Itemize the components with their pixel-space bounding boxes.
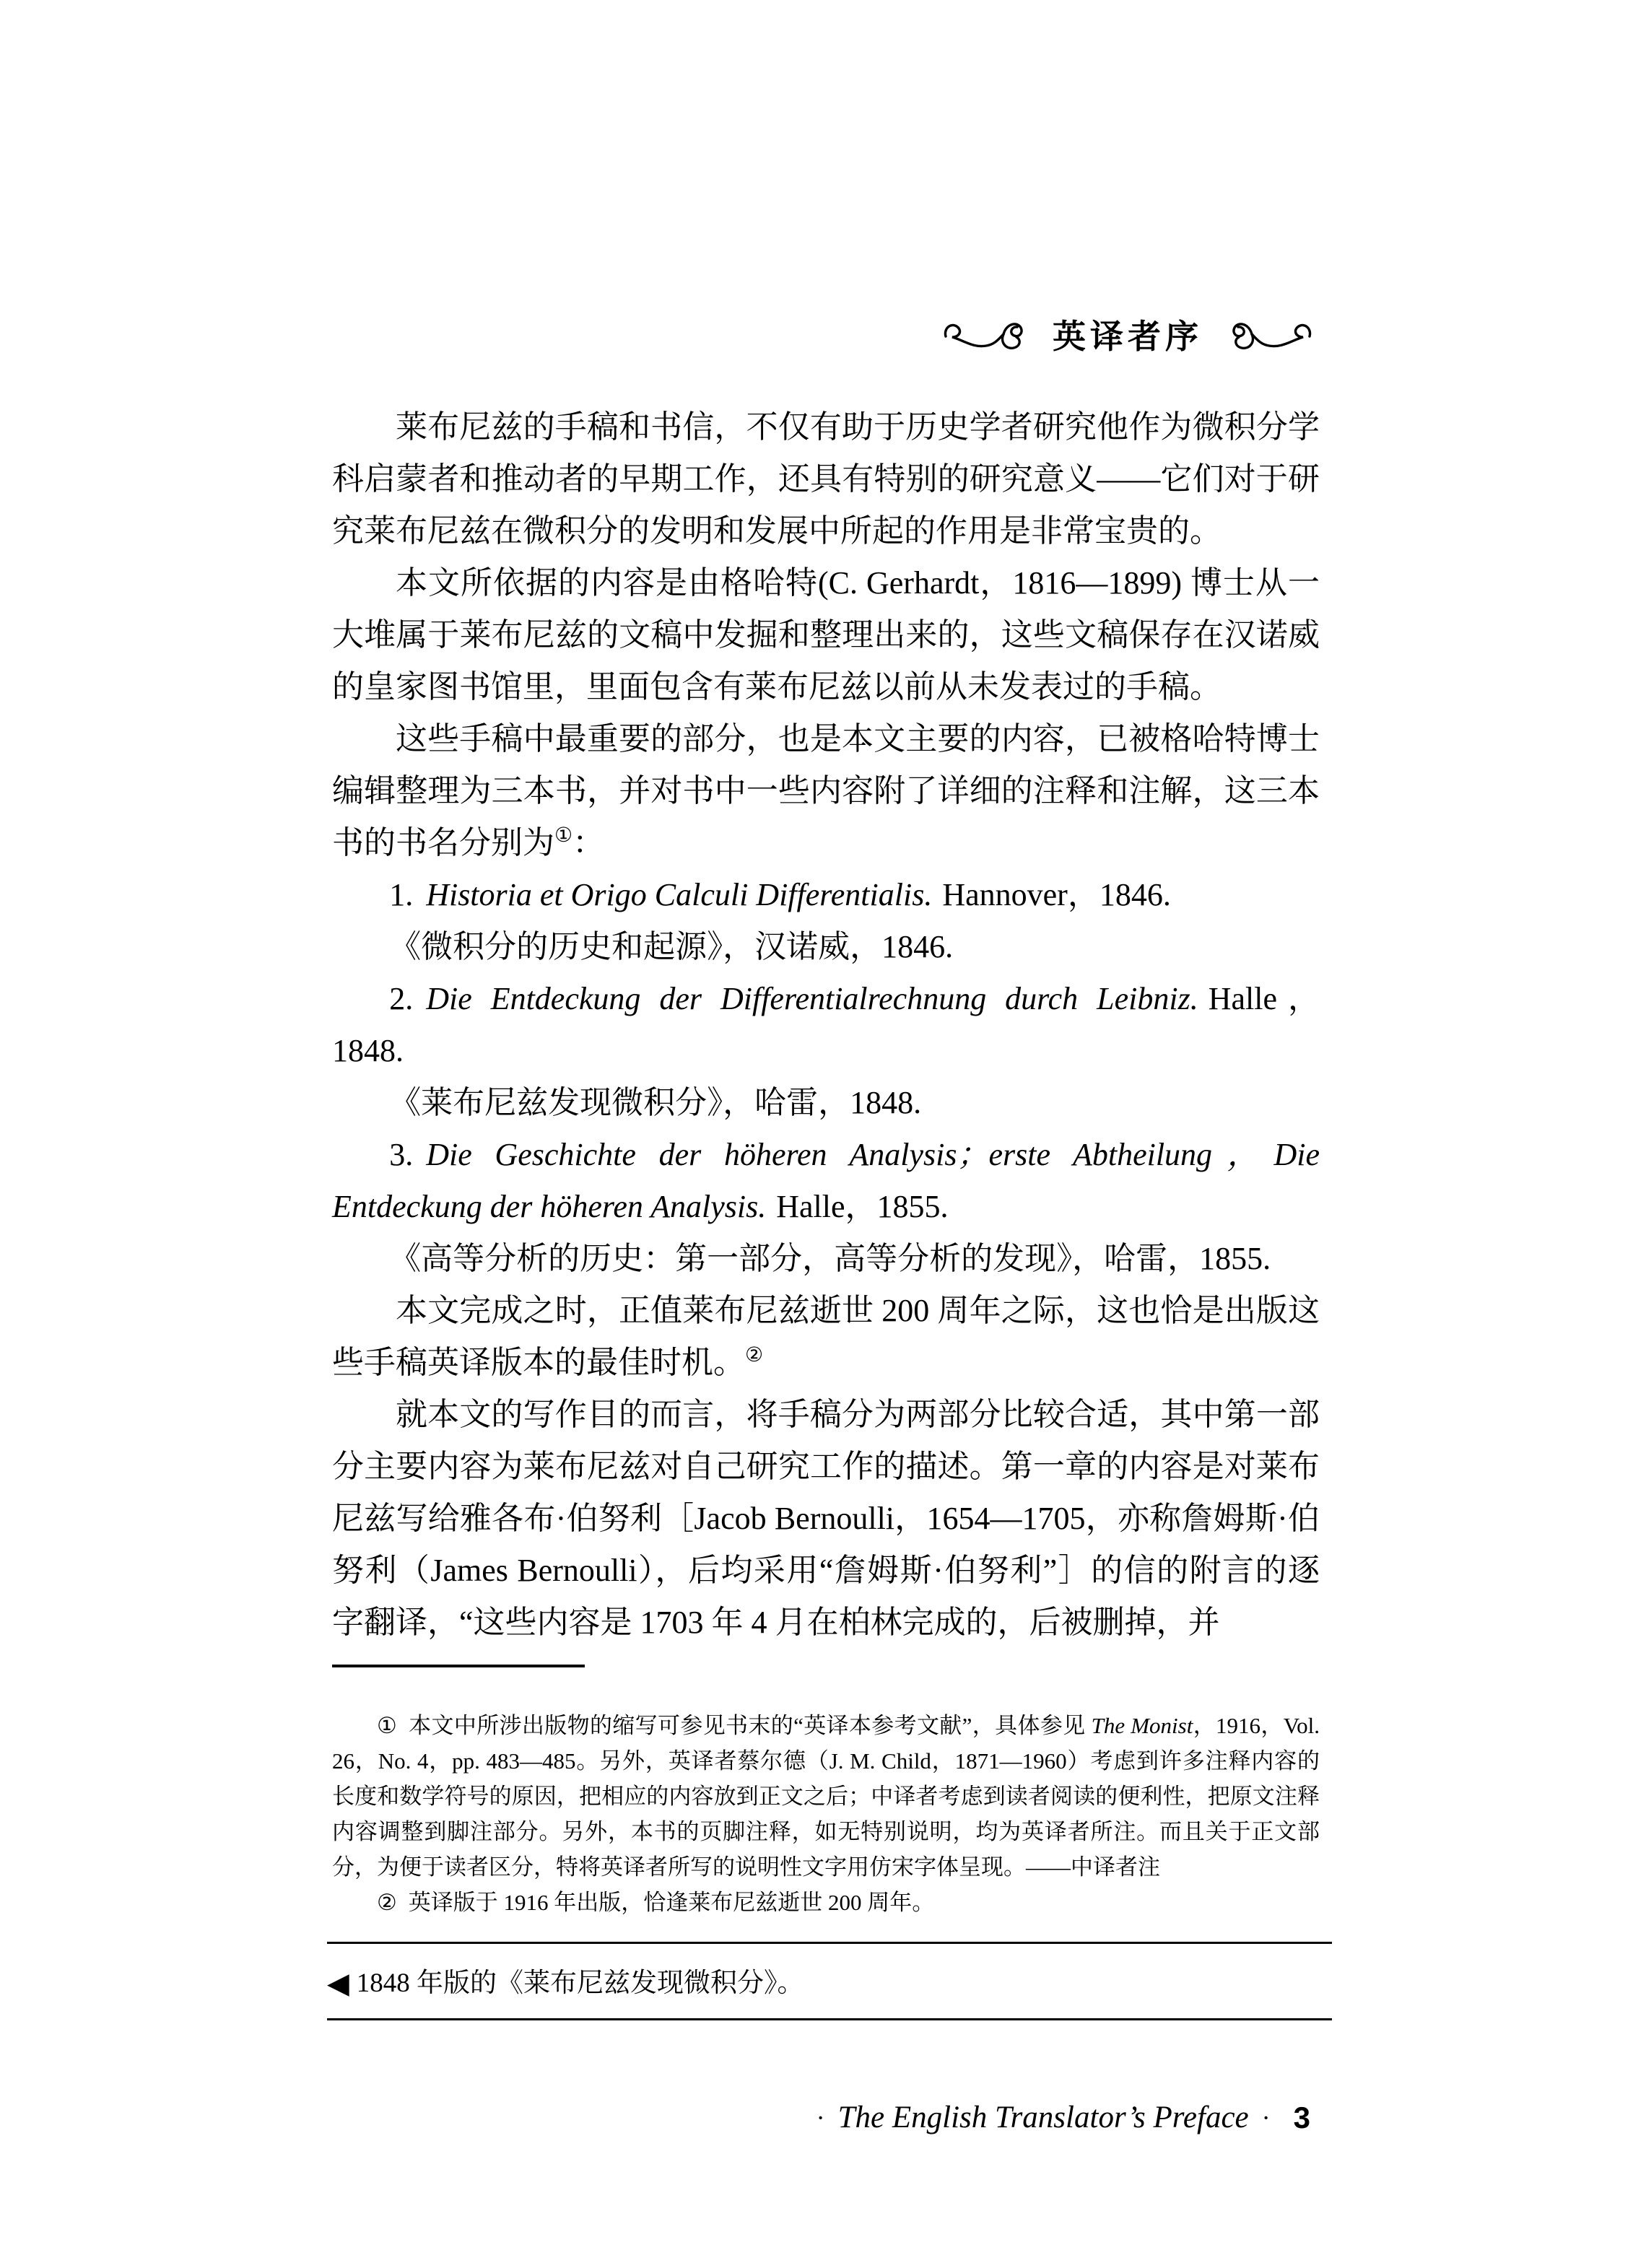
paragraph-1: 莱布尼兹的手稿和书信，不仅有助于历史学者研究他作为微积分学科启蒙者和推动者的早期…: [332, 401, 1320, 557]
footnote-2-text: 英译版于 1916 年出版，恰逢莱布尼兹逝世 200 周年。: [409, 1890, 935, 1915]
paragraph-3: 这些手稿中最重要的部分，也是本文主要的内容，已被格哈特博士编辑整理为三本书，并对…: [332, 713, 1320, 869]
footnote-1: ①本文中所涉出版物的缩写可参见书末的“英译本参考文献”，具体参见 The Mon…: [332, 1708, 1320, 1885]
paragraph-2: 本文所依据的内容是由格哈特(C. Gerhardt，1816—1899) 博士从…: [332, 557, 1320, 713]
book-item-2-latin: 2.Die Entdeckung der Differentialrechnun…: [332, 973, 1320, 1077]
book-item-2-chinese: 《莱布尼兹发现微积分》，哈雷，1848.: [332, 1077, 1320, 1129]
book-item-2-title: Die Entdeckung der Differentialrechnung …: [426, 981, 1198, 1016]
paragraph-3-colon: ：: [572, 825, 604, 860]
body-text: 莱布尼兹的手稿和书信，不仅有助于历史学者研究他作为微积分学科启蒙者和推动者的早期…: [332, 401, 1320, 1649]
book-item-1-chinese: 《微积分的历史和起源》，汉诺威，1846.: [332, 921, 1320, 973]
book-item-1-publisher: Hannover，1846.: [942, 877, 1171, 912]
book-item-1-title: Historia et Origo Calculi Differentialis…: [426, 877, 932, 912]
book-item-2-number: 2.: [389, 981, 413, 1016]
flourish-right-icon: [1222, 313, 1312, 355]
footer-dot-left: ·: [817, 2098, 825, 2138]
book-item-3-chinese: 《高等分析的历史：第一部分，高等分析的发现》，哈雷，1855.: [332, 1233, 1320, 1285]
footnote-ref-2: ②: [745, 1344, 763, 1366]
footnote-1-marker: ①: [377, 1713, 397, 1738]
paragraph-4-text: 本文完成之时，正值莱布尼兹逝世 200 周年之际，这也恰是出版这些手稿英译版本的…: [332, 1293, 1320, 1380]
book-item-1-latin: 1.Historia et Origo Calculi Differential…: [332, 869, 1320, 921]
footnote-2-marker: ②: [377, 1890, 397, 1915]
book-item-1-number: 1.: [389, 877, 413, 912]
chapter-header: 英译者序: [943, 310, 1312, 358]
footnote-ref-1: ①: [554, 824, 572, 847]
figure-caption-text: 1848 年版的《莱布尼兹发现微积分》。: [357, 1968, 804, 1998]
footnote-1-journal-title: The Monist: [1092, 1713, 1193, 1738]
book-item-3-latin: 3.Die Geschichte der höheren Analysis；er…: [332, 1129, 1320, 1233]
running-footer: · The English Translator’s Preface · 3: [804, 2098, 1310, 2138]
caption-rule-bottom: [327, 2018, 1332, 2020]
paragraph-3-text: 这些手稿中最重要的部分，也是本文主要的内容，已被格哈特博士编辑整理为三本书，并对…: [332, 721, 1320, 860]
footnote-1-text-pre: 本文中所涉出版物的缩写可参见书末的“英译本参考文献”，具体参见: [409, 1713, 1091, 1738]
footnote-separator-rule: [332, 1665, 585, 1667]
figure-caption: ◀1848 年版的《莱布尼兹发现微积分》。: [327, 1965, 804, 2002]
left-triangle-icon: ◀: [327, 1967, 349, 1999]
footer-dot-right: ·: [1262, 2098, 1271, 2138]
paragraph-4: 本文完成之时，正值莱布尼兹逝世 200 周年之际，这也恰是出版这些手稿英译版本的…: [332, 1285, 1320, 1389]
footer-title: The English Translator’s Preface: [838, 2098, 1249, 2138]
book-item-3-publisher: Halle，1855.: [776, 1189, 948, 1224]
page-number: 3: [1294, 2098, 1310, 2138]
book-item-3-number: 3.: [389, 1137, 413, 1172]
preface-title: 英译者序: [1053, 310, 1203, 358]
footnote-2: ②英译版于 1916 年出版，恰逢莱布尼兹逝世 200 周年。: [332, 1885, 1320, 1920]
book-page: 英译者序 莱布尼兹的手稿和书信，不仅有助于历史学者研究他作为微积分学科启蒙者和推…: [0, 0, 1646, 2268]
footnotes: ①本文中所涉出版物的缩写可参见书末的“英译本参考文献”，具体参见 The Mon…: [332, 1708, 1320, 1920]
caption-rule-top: [327, 1942, 1332, 1944]
flourish-left-icon: [943, 313, 1034, 355]
paragraph-5: 就本文的写作目的而言，将手稿分为两部分比较合适，其中第一部分主要内容为莱布尼兹对…: [332, 1389, 1320, 1649]
